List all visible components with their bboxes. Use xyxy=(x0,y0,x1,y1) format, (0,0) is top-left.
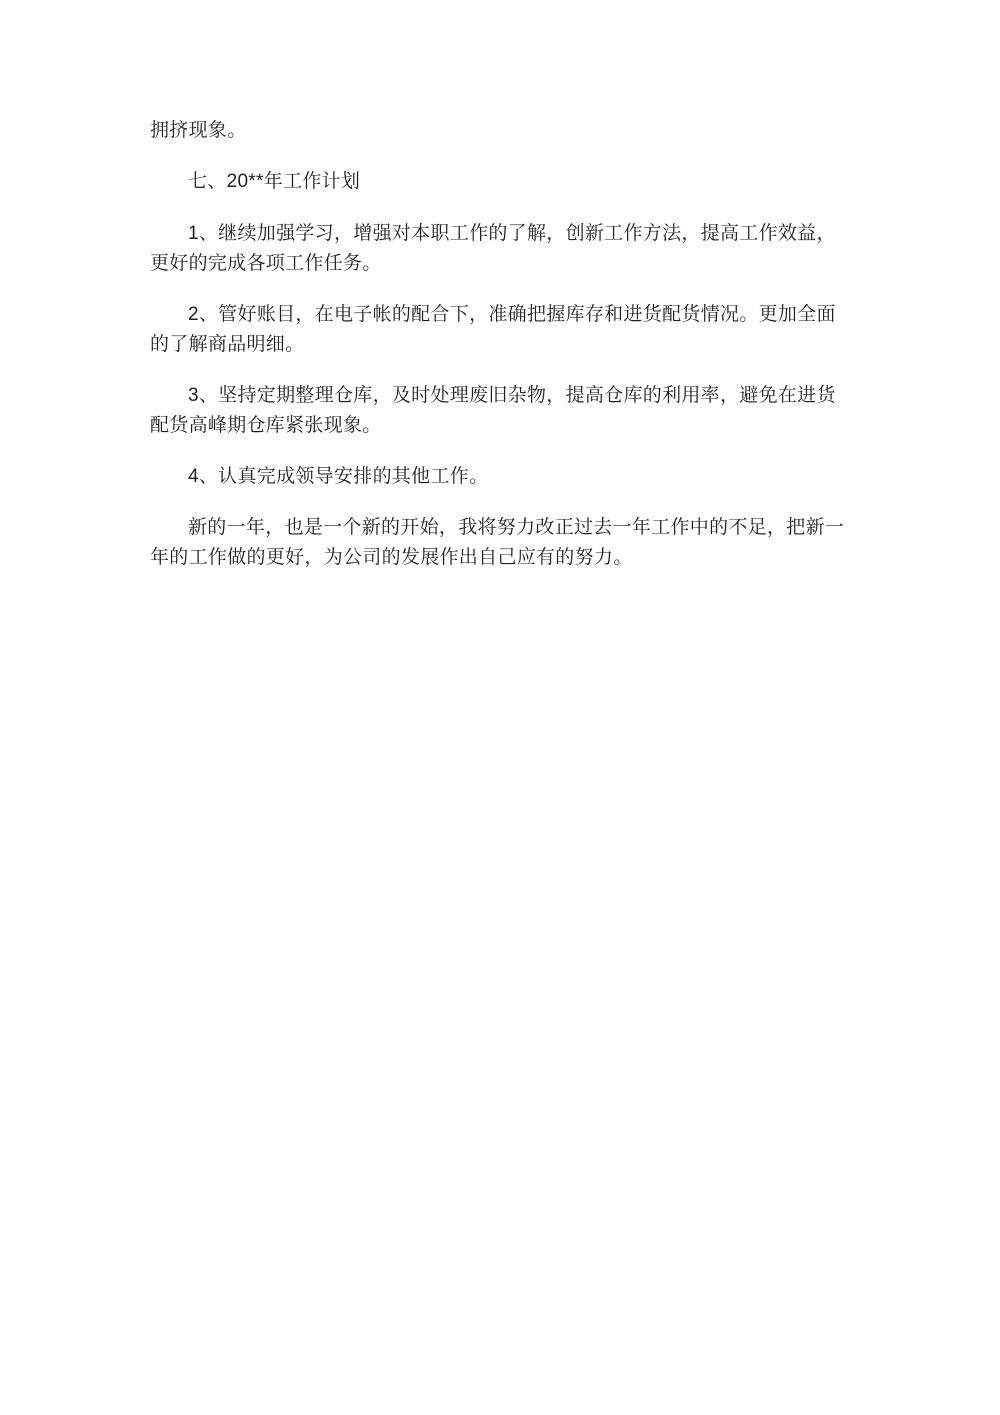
paragraph-continuation: 拥挤现象。 xyxy=(150,116,853,146)
list-item-2: 2、管好账目，在电子帐的配合下，准确把握库存和进货配货情况。更加全面的了解商品明… xyxy=(150,300,853,360)
document-page: 拥挤现象。 七、20**年工作计划 1、继续加强学习，增强对本职工作的了解，创新… xyxy=(0,0,1000,1415)
list-item-3: 3、坚持定期整理仓库，及时处理废旧杂物，提高仓库的利用率，避免在进货配货高峰期仓… xyxy=(150,381,853,441)
section-heading-work-plan: 七、20**年工作计划 xyxy=(150,167,853,197)
list-item-1: 1、继续加强学习，增强对本职工作的了解，创新工作方法，提高工作效益，更好的完成各… xyxy=(150,219,853,279)
closing-paragraph: 新的一年，也是一个新的开始，我将努力改正过去一年工作中的不足，把新一年的工作做的… xyxy=(150,513,853,573)
list-item-4: 4、认真完成领导安排的其他工作。 xyxy=(150,462,853,492)
document-body: 拥挤现象。 七、20**年工作计划 1、继续加强学习，增强对本职工作的了解，创新… xyxy=(150,116,853,573)
